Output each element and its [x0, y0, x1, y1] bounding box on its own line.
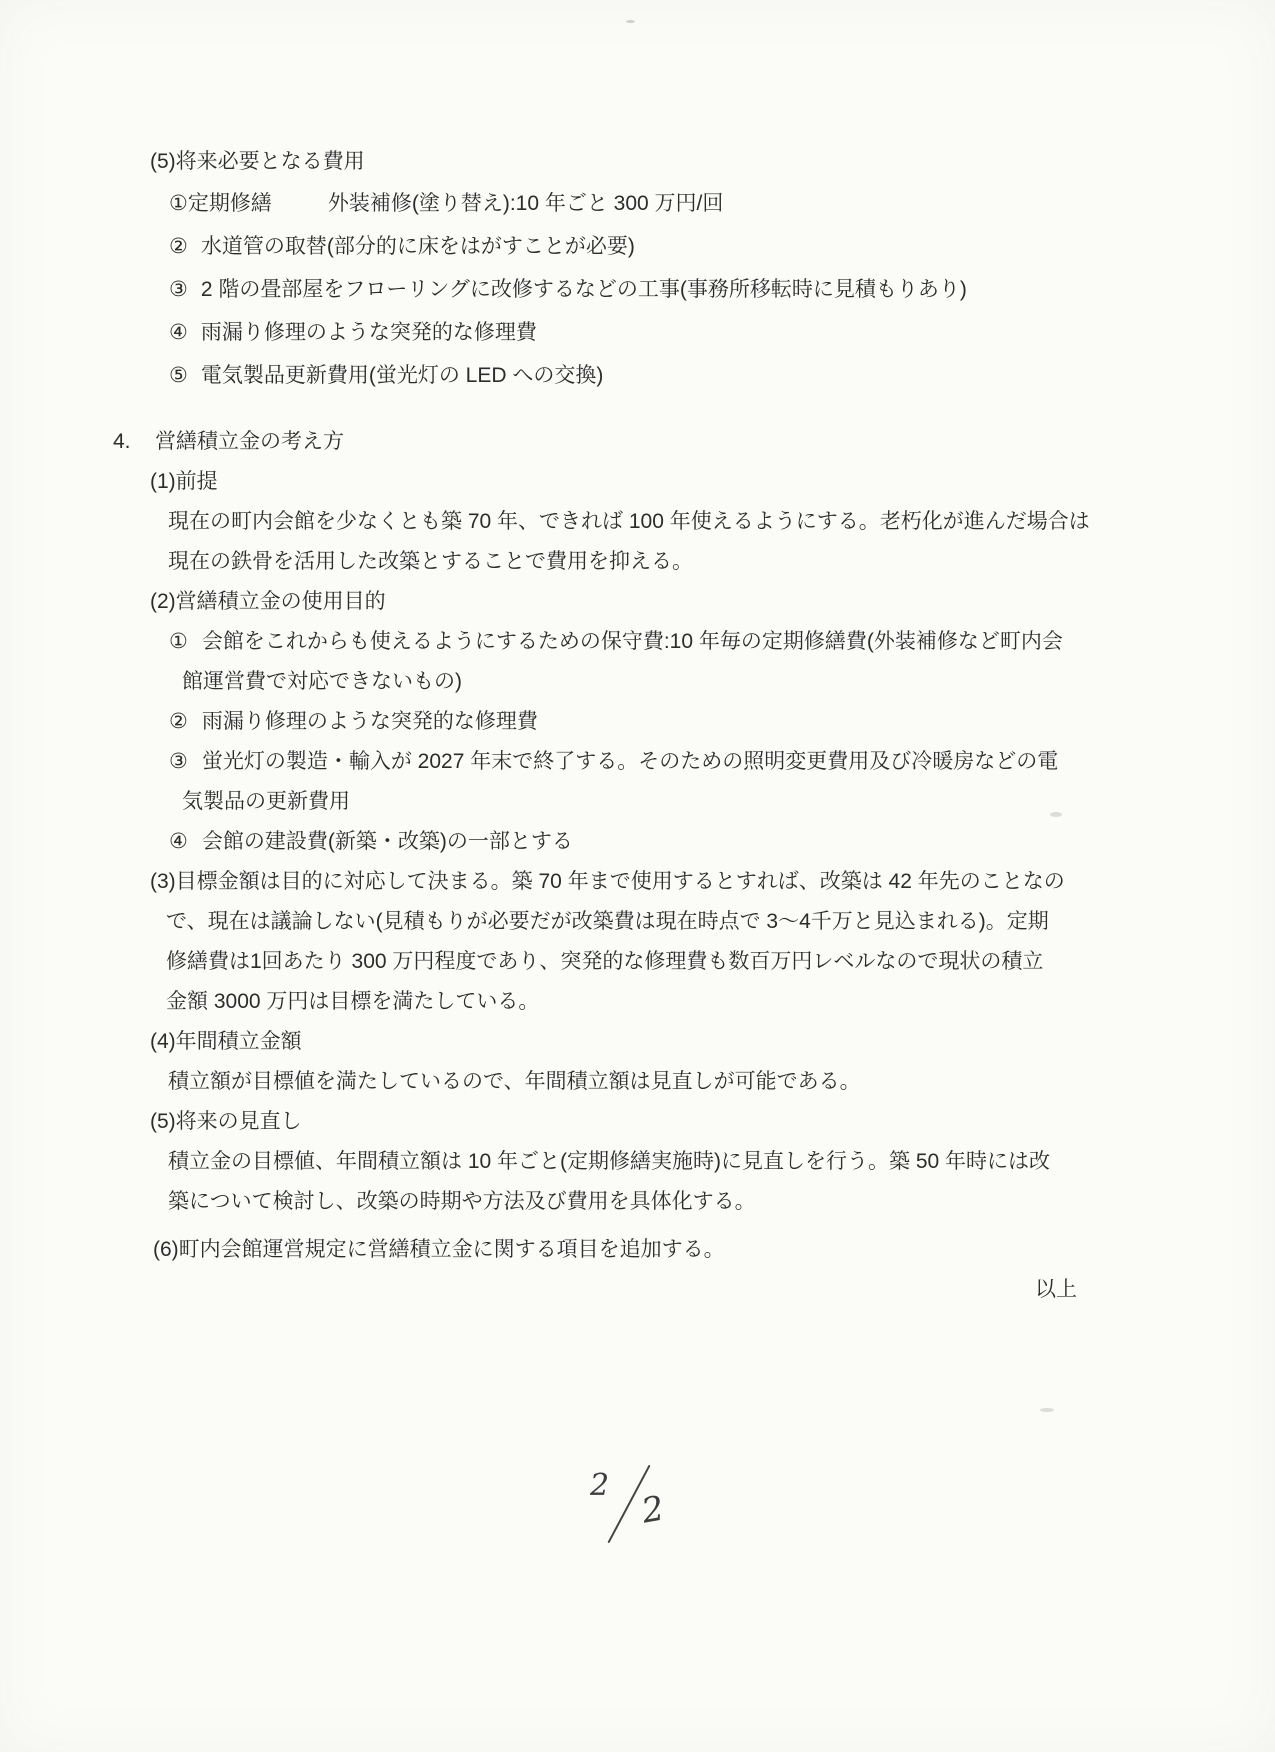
list-item-periodic-repair: ①定期修繕外装補修(塗り替え):10 年ごと 300 万円/回	[169, 182, 1275, 225]
subsection-heading-future-review: (5)将来の見直し	[150, 1102, 1275, 1142]
paragraph-line: 積立額が目標値を満たしているので、年間積立額は見直しが可能である。	[168, 1062, 1275, 1102]
list-item-text: 会館をこれからも使えるようにするための保守費:10 年毎の定期修繕費(外装補修な…	[202, 630, 1063, 653]
paragraph-target-amount-line: (3)目標金額は目的に対応して決まる。築 70 年まで使用するとすれば、改築は …	[150, 862, 1275, 902]
list-item-continuation: 館運営費で対応できないもの)	[182, 662, 1275, 702]
paragraph-target-amount-line: 金額 3000 万円は目標を満たしている。	[166, 982, 1275, 1022]
list-item-label: 定期修繕	[188, 192, 272, 215]
list-item-electric-renewal: ⑤電気製品更新費用(蛍光灯の LED への交換)	[169, 354, 1275, 397]
circled-number-3: ③	[169, 750, 188, 773]
list-item-text: 会館の建設費(新築・改築)の一部とする	[202, 830, 573, 853]
closing-text: 以上	[1035, 1278, 1077, 1301]
paragraph-target-amount-line: 修繕費は1回あたり 300 万円程度であり、突発的な修理費も数百万円レベルなので…	[166, 942, 1275, 982]
circled-number-5: ⑤	[169, 364, 188, 387]
list-item-construction-cost: ④会館の建設費(新築・改築)の一部とする	[169, 822, 1275, 862]
page-number-total: 2	[639, 1488, 667, 1531]
section-title: 営繕積立金の考え方	[155, 430, 344, 453]
circled-number-3: ③	[169, 278, 188, 301]
paragraph-target-amount-line: で、現在は議論しない(見積もりが必要だが改築費は現在時点で 3〜4千万と見込まれ…	[166, 902, 1275, 942]
circled-number-1: ①	[169, 630, 188, 653]
scanned-document-page: (5)将来必要となる費用 ①定期修繕外装補修(塗り替え):10 年ごと 300 …	[0, 0, 1275, 1752]
list-item-detail: 外装補修(塗り替え):10 年ごと 300 万円/回	[328, 192, 724, 215]
paragraph-line: 積立金の目標値、年間積立額は 10 年ごと(定期修繕実施時)に見直しを行う。築 …	[168, 1142, 1275, 1182]
section-number: 4.	[113, 422, 155, 462]
list-item-continuation: 気製品の更新費用	[182, 782, 1275, 822]
scan-speck	[1050, 812, 1062, 817]
page-number-current: 2	[590, 1466, 609, 1506]
list-item-text: 水道管の取替(部分的に床をはがすことが必要)	[201, 235, 635, 258]
paragraph-line: 現在の町内会館を少なくとも築 70 年、できれば 100 年使えるようにする。老…	[168, 502, 1275, 542]
page-number: 2 2	[576, 1456, 696, 1566]
document-content: (5)将来必要となる費用 ①定期修繕外装補修(塗り替え):10 年ごと 300 …	[0, 0, 1275, 1310]
circled-number-2: ②	[169, 235, 188, 258]
section-reserve-policy: 4.営繕積立金の考え方 (1)前提 現在の町内会館を少なくとも築 70 年、でき…	[0, 422, 1275, 1270]
closing-row: 以上	[0, 1270, 1275, 1310]
subsection-heading-purpose: (2)営繕積立金の使用目的	[150, 582, 1275, 622]
list-item-water-pipe: ②水道管の取替(部分的に床をはがすことが必要)	[169, 225, 1275, 268]
list-item-sudden-repair: ②雨漏り修理のような突発的な修理費	[169, 702, 1275, 742]
list-item-leak-repair: ④雨漏り修理のような突発的な修理費	[169, 311, 1275, 354]
list-item-text: 雨漏り修理のような突発的な修理費	[201, 321, 537, 344]
section-heading: 4.営繕積立金の考え方	[113, 422, 1275, 462]
subsection-heading-premise: (1)前提	[150, 462, 1275, 502]
circled-number-4: ④	[169, 830, 188, 853]
paragraph-line: 築について検討し、改築の時期や方法及び費用を具体化する。	[168, 1182, 1275, 1222]
list-item-text: 雨漏り修理のような突発的な修理費	[202, 710, 538, 733]
list-item-flooring: ③2 階の畳部屋をフローリングに改修するなどの工事(事務所移転時に見積もりあり)	[169, 268, 1275, 311]
scan-speck	[626, 20, 635, 23]
subsection-heading-future-costs: (5)将来必要となる費用	[150, 142, 1275, 182]
list-item-text: 2 階の畳部屋をフローリングに改修するなどの工事(事務所移転時に見積もりあり)	[201, 278, 967, 301]
section-future-costs: (5)将来必要となる費用 ①定期修繕外装補修(塗り替え):10 年ごと 300 …	[0, 142, 1275, 397]
paragraph-regulation: (6)町内会館運営規定に営繕積立金に関する項目を追加する。	[153, 1230, 1275, 1270]
circled-number-2: ②	[169, 710, 188, 733]
scan-speck	[1040, 1408, 1054, 1412]
circled-number-1: ①	[169, 192, 188, 215]
list-item-text: 蛍光灯の製造・輸入が 2027 年末で終了する。そのための照明変更費用及び冷暖房…	[202, 750, 1058, 773]
list-item-maintenance-fee: ①会館をこれからも使えるようにするための保守費:10 年毎の定期修繕費(外装補修…	[169, 622, 1275, 662]
circled-number-4: ④	[169, 321, 188, 344]
paragraph-line: 現在の鉄骨を活用した改築とすることで費用を抑える。	[168, 542, 1275, 582]
subsection-heading-annual-amount: (4)年間積立金額	[150, 1022, 1275, 1062]
list-item-fluorescent-end: ③蛍光灯の製造・輸入が 2027 年末で終了する。そのための照明変更費用及び冷暖…	[169, 742, 1275, 782]
list-item-text: 電気製品更新費用(蛍光灯の LED への交換)	[201, 364, 604, 387]
